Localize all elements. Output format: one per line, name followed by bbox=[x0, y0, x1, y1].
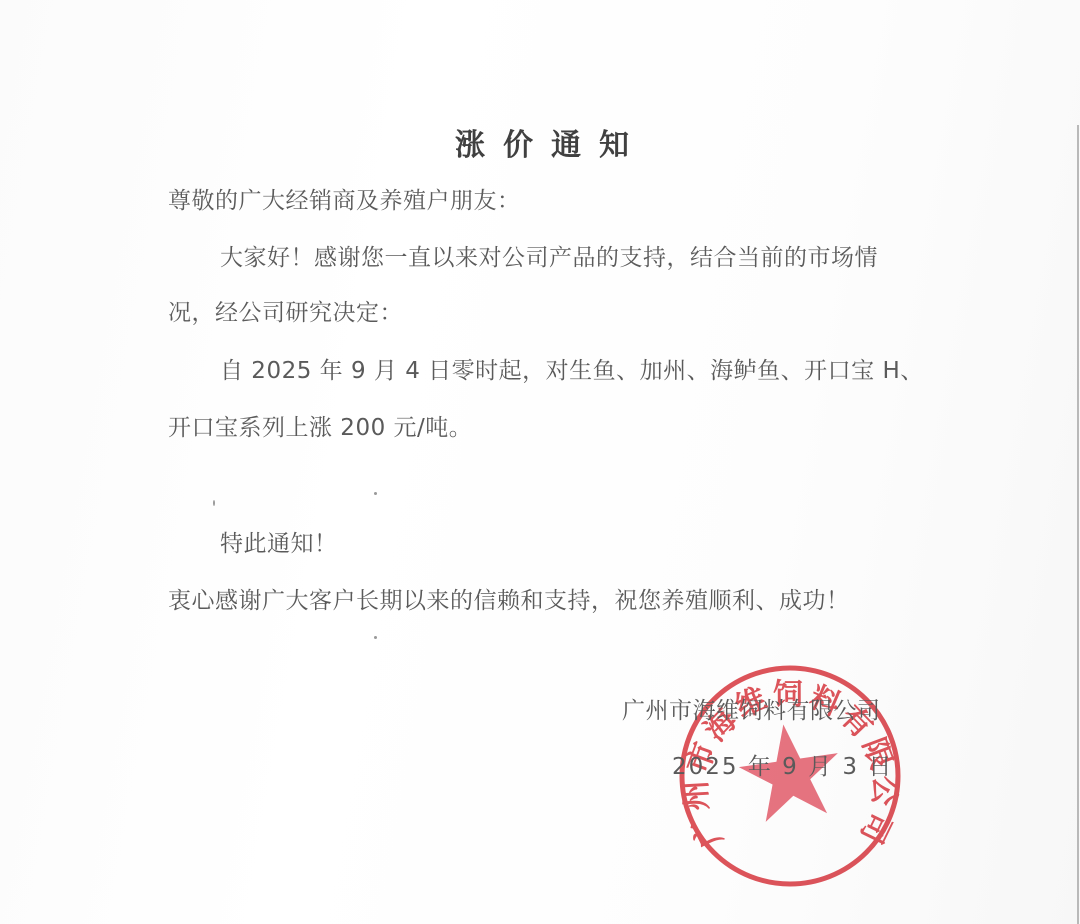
signature-date: 2025 年 9 月 3 日 bbox=[672, 752, 893, 782]
document-page: 涨价通知 尊敬的广大经销商及养殖户朋友： 大家好！感谢您一直以来对公司产品的支持… bbox=[0, 0, 1080, 924]
signature-company: 广州市海维饲料有限公司 bbox=[622, 696, 881, 726]
paragraph-2-line-2: 开口宝系列上涨 200 元/吨。 bbox=[168, 413, 472, 443]
paragraph-1-line-1: 大家好！感谢您一直以来对公司产品的支持，结合当前的市场情 bbox=[220, 243, 878, 273]
scan-speck bbox=[374, 636, 377, 639]
scan-speck bbox=[213, 500, 215, 506]
paragraph-1-line-2: 况，经公司研究决定： bbox=[168, 298, 403, 328]
scan-speck bbox=[374, 492, 377, 495]
notice-closing: 特此通知！ bbox=[220, 529, 338, 559]
page-edge-shadow bbox=[1077, 125, 1079, 924]
paragraph-2-line-1: 自 2025 年 9 月 4 日零时起，对生鱼、加州、海鲈鱼、开口宝 H、 bbox=[220, 356, 924, 386]
salutation: 尊敬的广大经销商及养殖户朋友： bbox=[168, 186, 521, 216]
thanks-line: 衷心感谢广大客户长期以来的信赖和支持，祝您养殖顺利、成功！ bbox=[168, 586, 850, 616]
document-title: 涨价通知 bbox=[455, 120, 647, 164]
